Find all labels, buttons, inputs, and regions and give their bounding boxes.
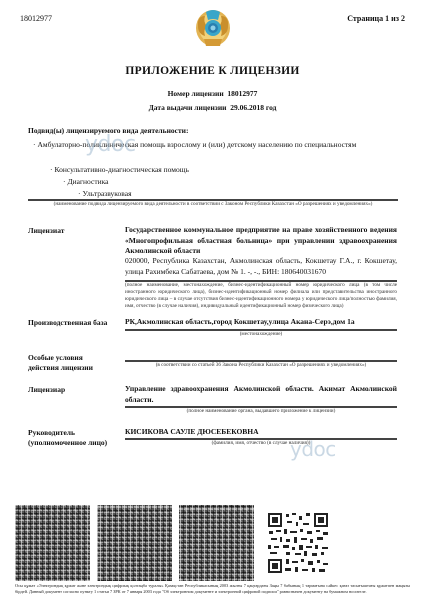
license-date-value: 29.06.2018 год [230, 103, 276, 112]
license-date-label: Дата выдачи лицензии [149, 103, 227, 112]
watermark: ydoc [290, 437, 336, 461]
licensor-note: (полное наименование органа, выдавшего п… [125, 408, 397, 415]
watermark: ydoc [85, 132, 136, 157]
licensee-note: (полное наименование, местонахождение, б… [125, 282, 397, 310]
subtype-item: ·Консультативно-диагностическая помощь [50, 165, 189, 174]
production-base-note: (местонахождение) [125, 331, 397, 338]
production-base-value: РК,Акмолинская область,город Кокшетау,ул… [125, 317, 397, 328]
licensee-address: 020000, Республика Казахстан, Акмолинска… [125, 256, 397, 277]
head-value: КИСИКОВА САУЛЕ ДЮСЕБЕКОВНА [125, 427, 397, 438]
special-conditions-note: (в соответствии со статьей 36 Закона Рес… [125, 362, 397, 369]
license-number-line: Номер лицензии 18012977 [0, 89, 425, 98]
licensor-label: Лицензиар [28, 385, 65, 395]
licensor-value: Управление здравоохранения Акмолинской о… [125, 384, 397, 405]
head-note: (фамилия, имя, отчество (в случае наличи… [125, 440, 397, 447]
subtypes-note: (наименование подвида лицензируемого вид… [28, 201, 398, 208]
signature-barcode-3 [179, 505, 254, 581]
production-base-label: Производственная база [28, 318, 107, 328]
qr-code-icon [266, 511, 330, 575]
licensee-name: Государственное коммунальное предприятие… [125, 225, 397, 257]
head-label: Руководитель (уполномоченное лицо) [28, 428, 107, 448]
page-indicator: Страница 1 из 2 [347, 14, 405, 23]
license-date-line: Дата выдачи лицензии 29.06.2018 год [0, 103, 425, 112]
document-number: 18012977 [20, 14, 52, 23]
special-conditions-label: Особые условия действия лицензии [28, 353, 93, 373]
subtype-item: ·Амбулаторно-поликлиническая помощь взро… [33, 140, 356, 149]
signature-barcode-1 [15, 505, 90, 581]
page-title: ПРИЛОЖЕНИЕ К ЛИЦЕНЗИИ [0, 65, 425, 77]
subtype-item: ·Диагностика [63, 177, 108, 186]
signature-barcode-2 [97, 505, 172, 581]
legal-footer: Осы құжат «Электрондық құжат және электр… [15, 583, 410, 595]
kazakhstan-state-emblem-icon [193, 6, 233, 50]
license-number-label: Номер лицензии [168, 89, 224, 98]
license-number-value: 18012977 [227, 89, 257, 98]
subtype-item: ·Ультразвуковая [78, 189, 132, 198]
licensee-label: Лицензиат [28, 226, 64, 236]
